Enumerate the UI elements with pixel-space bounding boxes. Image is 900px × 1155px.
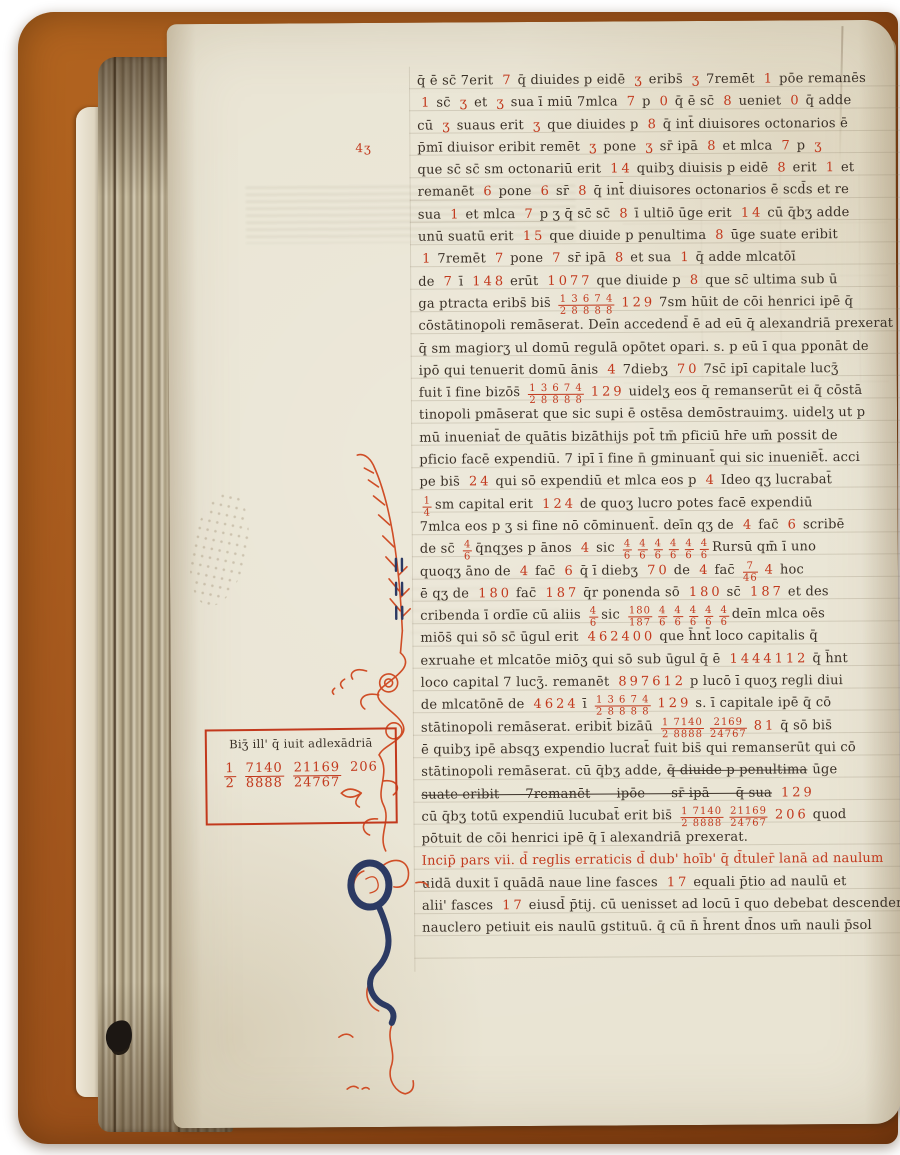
text-line: de mlcatōnē de4624ī1 3 6 7 42 8 8 8 8129… <box>421 692 899 717</box>
text-line: alii' fasces17eiusd̄ p̄tij. cū uenisset … <box>422 893 900 918</box>
red-numeral: 24 <box>469 475 492 490</box>
text-line: fuit ī fine bizōs̄1 3 6 7 42 8 8 8 8129u… <box>419 380 897 405</box>
red-numeral: ʒ <box>589 139 599 154</box>
fraction: 46 <box>673 606 683 627</box>
fraction: 46 <box>684 539 694 560</box>
text-segment: q̄ sō bis̄ <box>780 718 832 733</box>
red-numeral: 8 <box>619 206 630 221</box>
text-segment: q̄ ī diebʒ <box>580 563 638 578</box>
rubric-line: Incip̄ pars vii. d̄ reglis erraticis d̄ … <box>422 848 900 873</box>
text-segment: stātinopoli remāserat. cū q̄bʒ adde, <box>421 763 662 779</box>
red-numeral: 4 <box>765 562 776 577</box>
red-numeral: 8 <box>648 117 659 132</box>
text-segment: s. ī capitale ipē q̄ cō <box>695 695 831 711</box>
text-segment: et mlca <box>465 207 515 222</box>
text-segment: ī ultiō ūge erit <box>635 206 732 222</box>
text-line: ipō qui tenuerit domū ānis47diebʒ707sc̄ … <box>419 358 897 383</box>
text-segment: de quoʒ lucro potes facē expendiū <box>580 495 813 511</box>
leaf-edge-line <box>114 57 116 1132</box>
red-numeral: 8 <box>578 184 589 199</box>
fraction: 2116924767 <box>729 806 768 827</box>
red-numeral: ʒ <box>442 118 452 133</box>
fraction: 46 <box>589 607 599 628</box>
text-segment: 7remēt <box>706 72 755 87</box>
marginal-red-mark: 4ʒ <box>355 141 372 155</box>
text-segment: cribenda ī ordīe cū aliis <box>420 608 581 624</box>
fraction: 1 3 6 7 42 8 8 8 8 <box>559 294 615 315</box>
red-numeral: 148 <box>472 274 506 289</box>
red-numeral: 14 <box>741 205 764 220</box>
text-segment: sic <box>601 608 620 623</box>
red-numeral: 129 <box>591 385 625 400</box>
text-segment: p <box>642 95 651 110</box>
text-segment: pone <box>499 184 532 199</box>
text-segment: et des <box>788 584 829 599</box>
text-line: cū q̄bʒ totū expendiū lucubat̄ erit bis̄… <box>421 804 899 829</box>
text-line: ē qʒ de180fac̄187q̄r ponenda sō180sc̄187… <box>420 581 898 606</box>
red-numeral: ʒ <box>460 96 470 111</box>
manuscript-page: 4ʒ q̄ ē sc̄ 7erit7q̄ diuides p eidēʒerib… <box>167 20 900 1128</box>
red-numeral: 70 <box>677 362 700 377</box>
book-binding: 4ʒ q̄ ē sc̄ 7erit7q̄ diuides p eidēʒerib… <box>18 12 898 1144</box>
red-numeral: 180 <box>689 585 723 600</box>
end-squiggle <box>347 1086 369 1089</box>
text-line: q̄ ē sc̄ 7erit7q̄ diuides p eidēʒeribs̄ʒ… <box>417 68 895 93</box>
red-numeral: 1 <box>826 160 837 175</box>
text-segment: ipō qui tenuerit domū ānis <box>419 362 599 378</box>
text-line: pficio facē expendiū. 7 ipī ī fine n̄ gm… <box>419 447 897 472</box>
text-column: q̄ ē sc̄ 7erit7q̄ diuides p eidēʒeribs̄ʒ… <box>417 68 900 940</box>
fraction: 71408888 <box>245 763 284 790</box>
text-segment: exruahe et mlcatōe miōʒ qui sō sub ūgul … <box>420 652 720 669</box>
red-numeral: 0 <box>790 94 801 109</box>
rubric-text: Incip̄ pars vii. d̄ reglis erraticis d̄ … <box>422 851 884 869</box>
text-segment: ūge suate eribit <box>731 227 838 243</box>
text-segment: pōtuit de cōi henrici ipē q̄ ī alexandri… <box>422 830 749 847</box>
text-line: 7mlca eos p ʒ si fine nō cōminuent̄. deī… <box>420 514 898 539</box>
red-numeral: 70 <box>647 563 670 578</box>
text-segment: q̄ ē sc̄ <box>675 94 715 109</box>
red-numeral: 6 <box>541 184 552 199</box>
red-numeral: 8 <box>707 139 718 154</box>
red-numeral: 187 <box>750 584 784 599</box>
red-numeral: 8 <box>615 251 626 266</box>
red-numeral: 7 <box>524 207 535 222</box>
red-numeral: ʒ <box>533 118 543 133</box>
fraction: 1 3 6 7 42 8 8 8 8 <box>595 696 651 717</box>
text-segment: ga ptracta eribs̄ bis̄ <box>418 296 551 312</box>
red-numeral: 15 <box>523 229 546 244</box>
text-segment: q̄r ponenda sō <box>583 585 680 601</box>
red-numeral: 1444112 <box>729 651 808 666</box>
text-line: pōtuit de cōi henrici ipē q̄ ī alexandri… <box>422 826 900 851</box>
red-numeral: 462400 <box>588 630 656 645</box>
text-segment: q̄ adde <box>806 93 852 108</box>
text-line: mū inueniat̄ de quātis bizāthijs pot̄ tm… <box>419 425 897 450</box>
fraction: 46 <box>638 540 648 561</box>
text-segment: sm capital erit <box>435 497 533 513</box>
text-line: que sc̄ sc̄ sm octonariū erit14quibʒ diu… <box>417 157 895 182</box>
text-segment: uidelʒ eos q̄ remanserūt ei q̄ cōstā <box>629 383 863 399</box>
text-segment: cōstātinopoli remāserat. Deīn accedend̄ … <box>418 316 893 334</box>
text-segment: sr̄ <box>556 184 569 199</box>
text-line: miōs̄ qui sō sc̄ ūgul erit462400que h̄nt… <box>420 625 898 650</box>
text-segment: que diuide p <box>596 273 680 289</box>
initial-q-bowl <box>351 863 389 907</box>
blue-tick <box>396 559 402 571</box>
fraction: 46 <box>719 606 729 627</box>
marginal-note-heading: Biʒ̄ ill' q̄ iuit adlexādriā <box>213 735 389 751</box>
red-numeral: 180 <box>478 586 512 601</box>
text-segment: q̄ diuide p penultima <box>667 763 808 779</box>
text-line: cūʒsuaus eritʒque diuides p8q̄ int̄ diui… <box>417 112 895 137</box>
text-segment: p lucō ī quoʒ regli diui <box>690 673 843 689</box>
text-segment: cū q̄bʒ totū expendiū lucubat̄ erit bis̄ <box>421 808 672 825</box>
text-segment: 7mlca eos p ʒ si fine nō cōminuent̄. deī… <box>420 518 734 535</box>
text-segment: Rursū qm̄ ī uno <box>712 540 816 556</box>
text-segment: p <box>797 138 806 153</box>
red-numeral: 129 <box>781 785 815 800</box>
text-segment: 7remēt <box>437 252 486 267</box>
text-segment: q̄ h̄nt <box>812 651 848 666</box>
text-line: q̄ sm magiorʒ ul domū regulā opōtet opar… <box>419 335 897 360</box>
marginal-note-fractions: 12714088882116924767206 <box>213 761 389 790</box>
text-line: p̄mī diuisor eribit remētʒponeʒsr̄ ipā8e… <box>417 135 895 160</box>
text-line: pe bis̄24qui sō expendiū et mlca eos p4I… <box>419 469 897 494</box>
text-segment: hoc <box>780 562 804 577</box>
text-segment: suaus erit <box>457 118 524 133</box>
red-numeral: 7 <box>552 251 563 266</box>
text-segment: sc̄ <box>727 585 741 600</box>
text-segment: mū inueniat̄ de quātis bizāthijs pot̄ tm… <box>419 428 838 446</box>
text-segment: erūt <box>510 274 538 289</box>
fraction: 1 3 6 7 42 8 8 8 8 <box>528 384 584 405</box>
text-segment: q̄ ē sc̄ 7erit <box>417 73 493 88</box>
text-segment: q̄ sm magiorʒ ul domū regulā opōtet opar… <box>419 339 869 357</box>
red-numeral: 8 <box>690 273 701 288</box>
text-line: 14sm capital erit124de quoʒ lucro potes … <box>420 491 898 516</box>
text-segment: equali p̄tio ad naulū et <box>693 874 846 890</box>
text-line: suate eribit 7remanēt ipōe sr̄ ipā q̄ su… <box>421 781 899 806</box>
red-numeral: ʒ <box>496 95 506 110</box>
text-segment: suate eribit 7remanēt ipōe sr̄ ipā q̄ su… <box>421 785 772 802</box>
text-line: quoqʒ āno de4fac̄6q̄ ī diebʒ70de4fac̄746… <box>420 558 898 583</box>
text-segment: stātinopoli remāserat. eribit̄ bizāū <box>421 719 653 735</box>
q-inner-flourish <box>366 877 378 893</box>
text-segment: et mlca <box>722 138 772 153</box>
text-line: ga ptracta eribs̄ bis̄1 3 6 7 42 8 8 8 8… <box>418 291 896 316</box>
text-segment: tinopoli pmāserat que sic supi ē ostēsa … <box>419 405 865 423</box>
fraction: 1 71402 8888 <box>661 718 704 739</box>
red-numeral: 129 <box>621 295 655 310</box>
fraction: 46 <box>704 606 714 627</box>
red-numeral: 7 <box>502 73 513 88</box>
red-numeral: 1 <box>450 207 461 222</box>
text-segment: et <box>474 96 487 111</box>
text-segment: q̄ int̄ diuisores octonarios ē <box>663 116 848 132</box>
text-line: sua1et mlca7p ʒ q̄ sc̄ sc̄8ī ultiō ūge e… <box>418 202 896 227</box>
text-segment: de <box>674 563 691 578</box>
fraction: 46 <box>623 540 633 561</box>
text-segment: fuit ī fine bizōs̄ <box>419 385 520 401</box>
text-line: unū suatū erit15que diuide p penultima8ū… <box>418 224 896 249</box>
text-segment: sr̄ ipā <box>660 139 699 154</box>
text-line: cōstātinopoli remāserat. Deīn accedend̄ … <box>418 313 896 338</box>
red-numeral: 6 <box>564 563 575 578</box>
text-segment: q̄ adde mlcatōī <box>696 250 796 266</box>
red-numeral: 1 <box>421 96 432 111</box>
text-segment: que sc̄ sc̄ sm octonariū erit <box>417 162 601 178</box>
red-numeral: 206 <box>775 807 809 822</box>
text-segment: 7sm hūit de cōi henrici ipē q̄ <box>659 294 853 310</box>
text-segment: ē quibʒ ipē absqʒ expendio lucrat̄ fuit … <box>421 740 856 758</box>
red-numeral: 81 <box>754 718 777 733</box>
red-numeral: ʒ <box>634 72 644 87</box>
red-numeral: 1077 <box>547 273 592 288</box>
red-numeral: 4 <box>581 541 592 556</box>
text-segment: sua ī miū 7mlca <box>511 95 618 111</box>
stain-speckles <box>181 488 258 612</box>
red-numeral: ʒ <box>814 138 824 153</box>
text-segment: qui sō expendiū et mlca eos p <box>495 473 696 489</box>
fraction: 46 <box>700 539 710 560</box>
red-numeral: 8 <box>715 228 726 243</box>
red-numeral: 6 <box>788 517 799 532</box>
red-numeral: 129 <box>657 696 691 711</box>
text-segment: sua <box>418 207 441 222</box>
text-segment: q̄ int̄ diuisores octonarios ē scd̄s et … <box>593 183 849 200</box>
fraction: 1 71402 8888 <box>680 807 723 828</box>
red-numeral: 8 <box>723 94 734 109</box>
text-segment: que h̄nt̄ loco capitalis q̄ <box>659 629 818 645</box>
text-segment: et sua <box>630 251 671 266</box>
red-numeral: 14 <box>610 162 633 177</box>
marginal-note-box: Biʒ̄ ill' q̄ iuit adlexādriā 12714088882… <box>205 727 398 825</box>
text-segment: pone <box>510 251 543 266</box>
red-numeral: 4 <box>743 518 754 533</box>
text-segment: fac̄ <box>516 586 537 601</box>
text-line: stātinopoli remāserat. cū q̄bʒ adde,q̄ d… <box>421 759 899 784</box>
red-numeral: ʒ <box>692 72 702 87</box>
text-segment: ūge <box>812 762 837 777</box>
text-segment: sr̄ ipā <box>568 251 607 266</box>
text-segment: p̄mī diuisor eribit remēt <box>417 140 580 156</box>
text-segment: eiusd̄ p̄tij. cū uenisset ad locū ī quo … <box>529 896 900 913</box>
fraction: 46 <box>654 539 664 560</box>
text-segment: que diuides p <box>547 117 638 133</box>
marginal-trailing-number: 206 <box>350 762 378 774</box>
text-segment: fac̄ <box>758 517 779 532</box>
red-numeral: 1 <box>680 250 691 265</box>
text-segment: pficio facē expendiū. 7 ipī ī fine n̄ gm… <box>419 450 860 468</box>
text-segment: deīn mlca oēs <box>732 606 825 622</box>
text-segment: ī <box>583 697 587 712</box>
red-numeral: 6 <box>483 185 494 200</box>
text-line: de7ī148erūt1077que diuide p8que sc̄ ulti… <box>418 268 896 293</box>
text-line: remanēt6pone6sr̄8q̄ int̄ diuisores octon… <box>418 179 896 204</box>
text-segment: eribs̄ <box>649 72 683 87</box>
text-segment: quod <box>813 807 847 822</box>
text-line: de sc̄46q̄nqʒes p ānos4sic464646464646Ru… <box>420 536 898 561</box>
text-segment: ī <box>459 274 463 289</box>
red-numeral: 17 <box>667 875 690 890</box>
fraction: 46 <box>658 606 668 627</box>
red-numeral: 8 <box>777 161 788 176</box>
text-segment: sic <box>596 541 615 556</box>
red-numeral: 187 <box>545 586 579 601</box>
fraction: 746 <box>743 561 758 582</box>
text-segment: que sc̄ ultima sub ū <box>705 272 837 288</box>
red-numeral: 4 <box>706 473 717 488</box>
text-segment: 7sc̄ ipī capitale lucʒ̄ <box>703 361 838 377</box>
red-numeral: 4 <box>699 562 710 577</box>
text-segment: scribē <box>803 517 845 532</box>
text-segment: fac̄ <box>714 562 735 577</box>
red-numeral: 7 <box>495 252 506 267</box>
tail-flourish <box>390 1023 405 1094</box>
fraction: 46 <box>463 541 473 562</box>
fraction: 46 <box>669 539 679 560</box>
initial-q-tail <box>370 905 394 1023</box>
text-segment: pone <box>603 139 636 154</box>
red-numeral: 7 <box>627 95 638 110</box>
text-segment: cū <box>417 118 433 133</box>
red-numeral: 1 <box>764 72 775 87</box>
fraction: 180187 <box>628 606 652 627</box>
text-line: exruahe et mlcatōe miōʒ qui sō sub ūgul … <box>420 647 898 672</box>
text-segment: nauclero petiuit eis naulū gstituū. q̄ c… <box>422 918 872 936</box>
text-segment: sc̄ <box>436 96 450 111</box>
text-line: ē quibʒ ipē absqʒ expendio lucrat̄ fuit … <box>421 737 899 762</box>
text-segment: fac̄ <box>535 563 556 578</box>
text-line: 1sc̄ʒetʒsua ī miū 7mlca7p0q̄ ē sc̄8uenie… <box>417 90 895 115</box>
text-segment: remanēt <box>418 185 475 200</box>
text-segment: loco capital 7 lucʒ̄. remanēt <box>421 675 610 691</box>
red-numeral: 4 <box>607 362 618 377</box>
red-numeral: 4 <box>520 564 531 579</box>
text-segment: cū q̄bʒ adde <box>767 205 849 221</box>
red-numeral: 4624 <box>533 697 578 712</box>
text-segment: quibʒ diuisis p eidē <box>637 161 769 177</box>
text-line: stātinopoli remāserat. eribit̄ bizāū1 71… <box>421 714 899 739</box>
red-numeral: 897612 <box>618 674 686 689</box>
text-segment: et <box>841 160 854 175</box>
text-segment: erit <box>793 160 817 175</box>
red-numeral: ʒ <box>645 139 655 154</box>
text-segment: 7diebʒ <box>623 362 668 377</box>
text-line: uidā duxit ī quādā naue line fasces17equ… <box>422 870 900 895</box>
text-segment: unū suatū erit <box>418 229 514 245</box>
text-line: cribenda ī ordīe cū aliis46sic1801874646… <box>420 603 898 628</box>
text-segment: p ʒ q̄ sc̄ sc̄ <box>540 206 611 221</box>
text-segment: que diuide p penultima <box>549 228 706 244</box>
text-segment: q̄ diuides p eidē <box>518 72 626 88</box>
red-numeral: 0 <box>660 94 671 109</box>
text-segment: de <box>418 274 435 289</box>
text-segment: ueniet <box>739 94 782 109</box>
red-numeral: 17 <box>502 898 525 913</box>
fraction: 46 <box>689 606 699 627</box>
red-numeral: 124 <box>542 496 576 511</box>
red-numeral: 7 <box>444 274 455 289</box>
text-line: 17remēt7pone7sr̄ ipā8et sua1q̄ adde mlca… <box>418 246 896 271</box>
text-segment: Ideo qʒ lucrabat̄ <box>721 473 832 489</box>
text-segment: q̄nqʒes p ānos <box>475 541 572 557</box>
fraction: 216924767 <box>710 717 747 738</box>
red-numeral: 7 <box>781 138 792 153</box>
text-line: nauclero petiuit eis naulū gstituū. q̄ c… <box>422 915 900 940</box>
text-segment: uidā duxit ī quādā naue line fasces <box>422 875 658 891</box>
fraction: 12 <box>224 763 236 790</box>
text-line: tinopoli pmāserat que sic supi ē ostēsa … <box>419 402 897 427</box>
text-segment: miōs̄ qui sō sc̄ ūgul erit <box>420 630 578 646</box>
fraction: 2116924767 <box>293 762 342 790</box>
text-line: loco capital 7 lucʒ̄. remanēt897612p luc… <box>421 670 899 695</box>
text-segment: pōe remanēs <box>779 71 866 87</box>
red-numeral: 1 <box>422 252 433 267</box>
